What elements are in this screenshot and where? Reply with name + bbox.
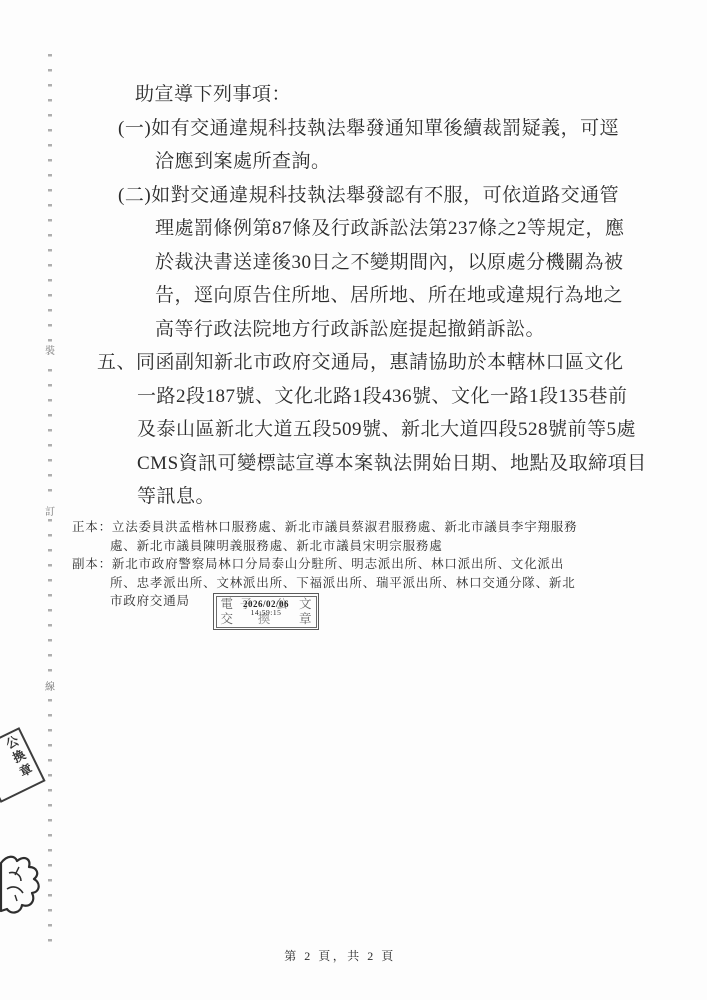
body-line: 高等行政法院地方行政訴訟庭提起撤銷訴訟。 bbox=[78, 313, 663, 347]
stamp-time: 14:59:15 bbox=[217, 608, 316, 617]
body-line: 告，逕向原告住所地、居所地、所在地或違規行為地之 bbox=[78, 279, 663, 313]
body-line: 洽應到案處所查詢。 bbox=[78, 145, 663, 179]
official-seal-fragment bbox=[0, 849, 47, 921]
document-page: 裝 訂 線 助宣導下列事項： (一)如有交通違規科技執法舉發通知單後續裁罰疑義，… bbox=[0, 0, 707, 1000]
body-text-block: 助宣導下列事項： (一)如有交通違規科技執法舉發通知單後續裁罰疑義，可逕 洽應到… bbox=[78, 78, 663, 514]
body-line: 五、同函副知新北市政府交通局，惠請協助於本轄林口區文化 bbox=[78, 346, 663, 380]
binding-dotted-line bbox=[48, 54, 52, 950]
recipients-copy-line: 市政府交通局 bbox=[72, 592, 657, 611]
recipients-block: 正本：立法委員洪孟楷林口服務處、新北市議員蔡淑君服務處、新北市議員李宇翔服務 處… bbox=[72, 518, 657, 611]
recipients-original-line: 正本：立法委員洪孟楷林口服務處、新北市議員蔡淑君服務處、新北市議員李宇翔服務 bbox=[72, 518, 657, 537]
body-line: (一)如有交通違規科技執法舉發通知單後續裁罰疑義，可逕 bbox=[78, 112, 663, 146]
recipients-copy-line: 所、忠孝派出所、文林派出所、下福派出所、瑞平派出所、林口交通分隊、新北 bbox=[72, 574, 657, 593]
electronic-exchange-stamp: 電 子 公 文 交 換 章 2026/02/06 14:59:15 bbox=[213, 593, 319, 630]
body-line: 於裁決書送達後30日之不變期間內，以原處分機關為被 bbox=[78, 246, 663, 280]
side-exchange-stamp: 子 公換章 bbox=[0, 727, 46, 803]
margin-mark-thread: 線 bbox=[41, 678, 59, 693]
margin-mark-staple: 訂 bbox=[41, 503, 59, 518]
body-line: 一路2段187號、文化北路1段436號、文化一路1段135巷前 bbox=[78, 380, 663, 414]
margin-mark-binding: 裝 bbox=[41, 342, 59, 357]
recipients-copy-line: 副本：新北市政府警察局林口分局泰山分駐所、明志派出所、林口派出所、文化派出 bbox=[72, 555, 657, 574]
body-line: 助宣導下列事項： bbox=[78, 78, 663, 112]
body-line: CMS資訊可變標誌宣導本案執法開始日期、地點及取締項目 bbox=[78, 447, 663, 481]
body-line: 及泰山區新北大道五段509號、新北大道四段528號前等5處 bbox=[78, 413, 663, 447]
stamp-datetime: 2026/02/06 14:59:15 bbox=[217, 599, 316, 617]
page-number: 第 2 頁，共 2 頁 bbox=[0, 947, 680, 964]
body-line: (二)如對交通違規科技執法舉發認有不服，可依道路交通管 bbox=[78, 179, 663, 213]
body-line: 理處罰條例第87條及行政訴訟法第237條之2等規定，應 bbox=[78, 212, 663, 246]
recipients-original-line: 處、新北市議員陳明義服務處、新北市議員宋明宗服務處 bbox=[72, 537, 657, 556]
electronic-exchange-stamp-inner-border: 電 子 公 文 交 換 章 2026/02/06 14:59:15 bbox=[216, 596, 317, 628]
body-line: 等訊息。 bbox=[78, 480, 663, 514]
